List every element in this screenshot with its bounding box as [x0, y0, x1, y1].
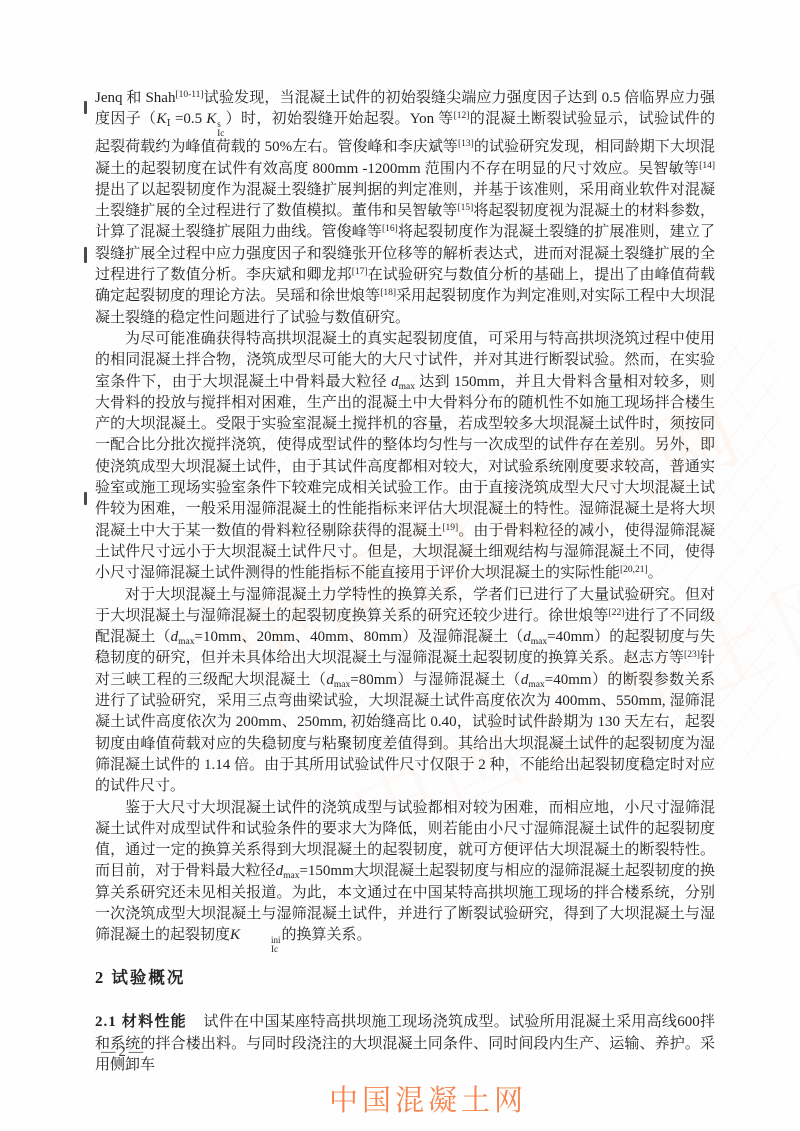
- site-watermark: 中国混凝土网: [329, 1078, 527, 1119]
- scan-artifact: [84, 101, 87, 114]
- article-body: Jenq 和 Shah[10-11]试验发现，当混凝土试件的初始裂缝尖端应力强度…: [95, 88, 715, 1076]
- paragraph-literature-review: Jenq 和 Shah[10-11]试验发现，当混凝土试件的初始裂缝尖端应力强度…: [95, 88, 715, 329]
- subsection-text: 试件在中国某座特高拱坝施工现场浇筑成型。试验所用混凝土采用高线600拌和系统的拌…: [95, 1014, 715, 1073]
- scan-artifact: [84, 247, 87, 263]
- subsection-label: 2.1 材料性能: [95, 1014, 187, 1030]
- paragraph-conversion-research: 对于大坝混凝土与湿筛混凝土力学特性的换算关系，学者们已进行了大量试验研究。但对于…: [95, 585, 715, 798]
- page-number: —2—: [101, 1044, 146, 1061]
- paragraph-study-purpose: 鉴于大尺寸大坝混凝土试件的浇筑成型与试验都相对较为困难，而相应地，小尺寸湿筛混凝…: [95, 798, 715, 954]
- paper-page: 中国混凝土网 中国混凝土网 Jenq 和 Shah[10-11]试验发现，当混凝…: [0, 0, 800, 1131]
- section-heading-test-overview: 2 试验概况: [95, 967, 715, 989]
- paragraph-dam-concrete-difficulty: 为尽可能准确获得特高拱坝混凝土的真实起裂韧度值，可采用与特高拱坝浇筑过程中使用的…: [95, 329, 715, 585]
- paragraph-material-properties: 2.1 材料性能试件在中国某座特高拱坝施工现场浇筑成型。试验所用混凝土采用高线6…: [95, 1012, 715, 1076]
- scan-artifact: [84, 492, 87, 505]
